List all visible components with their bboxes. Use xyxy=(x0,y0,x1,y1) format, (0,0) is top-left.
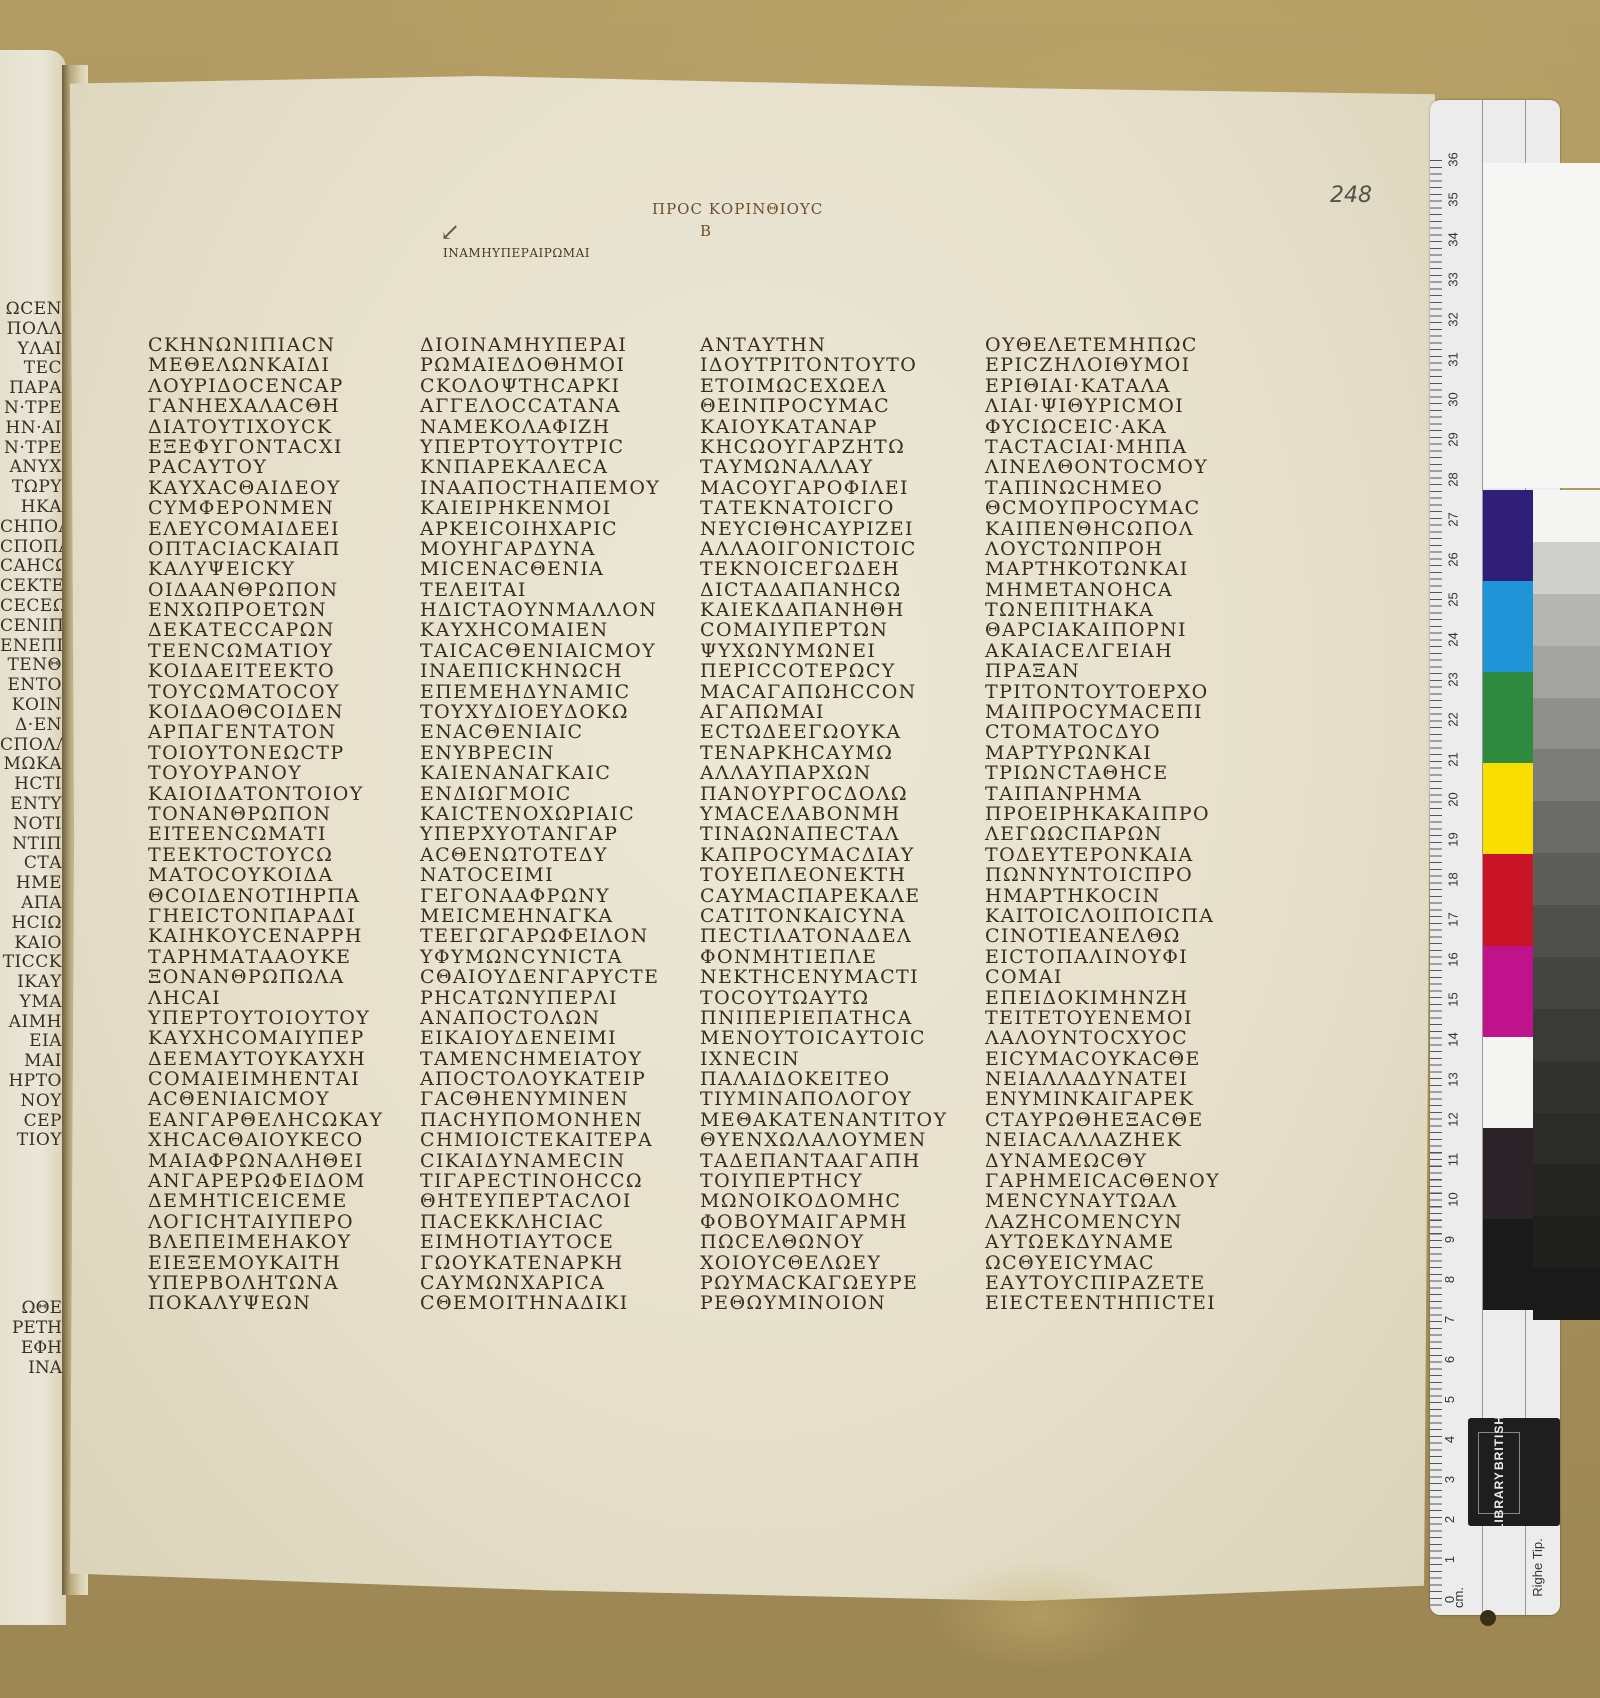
ruler-cm-label: 1 xyxy=(1442,1556,1457,1563)
facing-page-line: ΕΝΤΥ xyxy=(0,795,62,815)
manuscript-line: ΛΟΥΡΙΔΟϹΕΝϹΑΡ xyxy=(148,376,383,396)
facing-page-line: ΚΑΙΟ xyxy=(0,934,62,954)
manuscript-line: ΚΑΠΡΟϹΥΜΑϹΔΙΑΥ xyxy=(700,845,947,865)
facing-page-line: Ν·ΤΡΕ xyxy=(0,399,62,419)
gray-swatch xyxy=(1533,801,1600,853)
manuscript-line: ΜΟΥΗΓΑΡΔΥΝΑ xyxy=(420,539,660,559)
gray-swatch xyxy=(1533,1164,1600,1216)
ruler-cm-label: 35 xyxy=(1446,192,1461,206)
manuscript-line: ΘΥΕΝΧΩΛΑΛΟΥΜΕΝ xyxy=(700,1130,947,1150)
manuscript-line: ΚΑΙΕΚΔΑΠΑΝΗΘΗ xyxy=(700,600,947,620)
manuscript-line: ΔΙΑΤΟΥΤΙΧΟΥϹΚ xyxy=(148,417,383,437)
manuscript-line: ΜΕΝϹΥΝΑΥΤΩΑΛ xyxy=(985,1191,1220,1211)
manuscript-line: ΓΑΡΗΜΕΙϹΑϹΘΕΝΟΥ xyxy=(985,1171,1220,1191)
facing-page-line: ϹΕΝΙΠ xyxy=(0,617,62,637)
ruler-cm-label: 16 xyxy=(1446,952,1461,966)
manuscript-line: ΤΟΥϹΩΜΑΤΟϹΟΥ xyxy=(148,682,383,702)
manuscript-line: ΛΟΥϹΤΩΝΠΡΟΗ xyxy=(985,539,1220,559)
ruler-cm-label: 9 xyxy=(1442,1236,1457,1243)
manuscript-line: ΠΩΝΝΥΝΤΟΙϹΠΡΟ xyxy=(985,865,1220,885)
color-swatch xyxy=(1483,763,1533,854)
manuscript-line: ϹΙΝΟΤΙΕΑΝΕΛΘΩ xyxy=(985,926,1220,946)
facing-page-line: ΗϹΙΩ xyxy=(0,914,62,934)
manuscript-line: ΜΙϹΕΝΑϹΘΕΝΙΑ xyxy=(420,559,660,579)
facing-page-line: ΑΙΜΗ xyxy=(0,1013,62,1033)
manuscript-line: ΥΠΕΡΒΟΛΗΤΩΝΑ xyxy=(148,1273,383,1293)
manuscript-line: ΑΠΟϹΤΟΛΟΥΚΑΤΕΙΡ xyxy=(420,1069,660,1089)
manuscript-line: ΦΟΝΜΗΤΙΕΠΛΕ xyxy=(700,947,947,967)
manuscript-line: ΘΑΡϹΙΑΚΑΙΠΟΡΝΙ xyxy=(985,620,1220,640)
manuscript-line: ϹΘΕΜΟΙΤΗΝΑΔΙΚΙ xyxy=(420,1293,660,1313)
manuscript-line: ΕΝΑϹΘΕΝΙΑΙϹ xyxy=(420,722,660,742)
ruler-cm-label: 6 xyxy=(1442,1356,1457,1363)
ruler-cm-label: 3 xyxy=(1442,1476,1457,1483)
facing-page-line: ΤΙϹϹΚ xyxy=(0,953,62,973)
ruler-cm-label: 18 xyxy=(1446,872,1461,886)
manuscript-line: ΡΕΘΩΥΜΙΝΟΙΟΝ xyxy=(700,1293,947,1313)
manuscript-line: ΤΟΝΑΝΘΡΩΠΟΝ xyxy=(148,804,383,824)
text-column-2: ΔΙΟΙΝΑΜΗΥΠΕΡΑΙΡΩΜΑΙΕΔΟΘΗΜΟΙϹΚΟΛΟΨΤΗϹΑΡΚΙ… xyxy=(420,335,660,1314)
manuscript-line: ΒΛΕΠΕΙΜΕΗΑΚΟΥ xyxy=(148,1232,383,1252)
manuscript-line: ΔΕΚΑΤΕϹϹΑΡΩΝ xyxy=(148,620,383,640)
quire-mark: Β xyxy=(700,222,711,240)
manuscript-line: ΚΑΙϹΤΕΝΟΧΩΡΙΑΙϹ xyxy=(420,804,660,824)
gray-swatch xyxy=(1533,905,1600,957)
facing-page-line: ϹΕϹΕΩ xyxy=(0,597,62,617)
facing-page-line: ΥΛΑΙ xyxy=(0,340,62,360)
facing-page: ΩϹΕΝΠΟΛΛΥΛΑΙΤΕϹΠΑΡΑΝ·ΤΡΕΗΝ·ΑΙΝ·ΤΡΕΑΝΥΧΤΩ… xyxy=(0,50,66,1625)
facing-page-line: ΤΕΝΘ xyxy=(0,656,62,676)
facing-page-line: ΕΝΤΟ xyxy=(0,676,62,696)
manuscript-line: ϹΥΜΦΕΡΟΝΜΕΝ xyxy=(148,498,383,518)
manuscript-line: ΥΠΕΡΤΟΥΤΟΥΤΡΙϹ xyxy=(420,437,660,457)
manuscript-line: ΕΝΔΙΩΓΜΟΙϹ xyxy=(420,784,660,804)
manuscript-line: ΡΩΜΑΙΕΔΟΘΗΜΟΙ xyxy=(420,355,660,375)
manuscript-line: ΙΔΟΥΤΡΙΤΟΝΤΟΥΤΟ xyxy=(700,355,947,375)
facing-page-line: ΩΘΕ xyxy=(0,1298,62,1318)
manuscript-line: ΠΡΟΕΙΡΗΚΑΚΑΙΠΡΟ xyxy=(985,804,1220,824)
manuscript-line: ΤΑΤΕΚΝΑΤΟΙϹΓΟ xyxy=(700,498,947,518)
ruler-cm-label: 4 xyxy=(1442,1436,1457,1443)
grayscale-calibration-strip xyxy=(1533,490,1600,1320)
ruler-cm-label: 36 xyxy=(1446,152,1461,166)
manuscript-line: ϹΟΜΑΙ xyxy=(985,967,1220,987)
manuscript-line: ΠΩϹΕΛΘΩΝΟΥ xyxy=(700,1232,947,1252)
manuscript-line: ΑΡΠΑΓΕΝΤΑΤΟΝ xyxy=(148,722,383,742)
ruler-cm-label: 15 xyxy=(1446,992,1461,1006)
manuscript-line: ΤΡΙΤΟΝΤΟΥΤΟΕΡΧΟ xyxy=(985,682,1220,702)
manuscript-line: ΚΑΙΠΕΝΘΗϹΩΠΟΛ xyxy=(985,519,1220,539)
manuscript-line: ΠΝΙΠΕΡΙΕΠΑΤΗϹΑ xyxy=(700,1008,947,1028)
gray-swatch xyxy=(1533,1009,1600,1061)
facing-page-line: ΠΑΡΑ xyxy=(0,379,62,399)
ruler-cm-label: 34 xyxy=(1446,232,1461,246)
manuscript-line: ΓΑϹΘΗΕΝΥΜΙΝΕΝ xyxy=(420,1089,660,1109)
facing-page-line: ΤΩΡΥ xyxy=(0,478,62,498)
manuscript-line: ΡΩΥΜΑϹΚΑΓΩΕΥΡΕ xyxy=(700,1273,947,1293)
manuscript-line: ΚΑΙΟΥΚΑΤΑΝΑΡ xyxy=(700,417,947,437)
ruler-cm-label: 27 xyxy=(1446,512,1461,526)
manuscript-line: ΝΕΙΑϹΑΛΛΑΖΗΕΚ xyxy=(985,1130,1220,1150)
manuscript-line: ΕΙΤΕΕΝϹΩΜΑΤΙ xyxy=(148,824,383,844)
manuscript-line: ΗΜΑΡΤΗΚΟϹΙΝ xyxy=(985,886,1220,906)
manuscript-line: ΝΑΜΕΚΟΛΑΦΙΖΗ xyxy=(420,417,660,437)
manuscript-line: ΟΥΘΕΛΕΤΕΜΗΠΩϹ xyxy=(985,335,1220,355)
ruler-cm-label: 31 xyxy=(1446,352,1461,366)
ruler-cm-label: 32 xyxy=(1446,312,1461,326)
manuscript-line: ΙΝΑΑΠΟϹΤΗΑΠΕΜΟΥ xyxy=(420,478,660,498)
manuscript-line: ΟΙΔΑΑΝΘΡΩΠΟΝ xyxy=(148,580,383,600)
manuscript-line: ΚΑΥΧΗϹΟΜΑΙΥΠΕΡ xyxy=(148,1028,383,1048)
ruler-cm-label: 7 xyxy=(1442,1316,1457,1323)
facing-page-line: ϹΕΡ xyxy=(0,1112,62,1132)
manuscript-line: ΤΟΔΕΥΤΕΡΟΝΚΑΙΑ xyxy=(985,845,1220,865)
color-swatch xyxy=(1483,946,1533,1037)
manuscript-line: ΗΔΙϹΤΑΟΥΝΜΑΛΛΟΝ xyxy=(420,600,660,620)
facing-page-line: ΠΟΛΛ xyxy=(0,320,62,340)
manuscript-line: ΕϹΤΩΔΕΕΓΩΟΥΚΑ xyxy=(700,722,947,742)
gray-swatch xyxy=(1533,1061,1600,1113)
manuscript-line: ΓΑΝΗΕΧΑΛΑϹΘΗ xyxy=(148,396,383,416)
manuscript-line: ΑϹΘΕΝΙΑΙϹΜΟΥ xyxy=(148,1089,383,1109)
manuscript-line: ΤΡΙΩΝϹΤΑΘΗϹΕ xyxy=(985,763,1220,783)
manuscript-line: ΑΡΚΕΙϹΟΙΗΧΑΡΙϹ xyxy=(420,519,660,539)
manuscript-line: ΕΤΟΙΜΩϹΕΧΩΕΛ xyxy=(700,376,947,396)
ruler-cm-label: 28 xyxy=(1446,472,1461,486)
ruler-cm-label: 26 xyxy=(1446,552,1461,566)
manuscript-line: ΤΑΔΕΠΑΝΤΑΑΓΑΠΗ xyxy=(700,1151,947,1171)
manuscript-line: ΤΕΚΝΟΙϹΕΓΩΔΕΗ xyxy=(700,559,947,579)
manuscript-line: ΤΑΙϹΑϹΘΕΝΙΑΙϹΜΟΥ xyxy=(420,641,660,661)
manuscript-line: ΤΟΥΟΥΡΑΝΟΥ xyxy=(148,763,383,783)
manuscript-line: ΛΙΝΕΛΘΟΝΤΟϹΜΟΥ xyxy=(985,457,1220,477)
manuscript-line: ΤΑΡΗΜΑΤΑΑΟΥΚΕ xyxy=(148,947,383,967)
ruler-cm-label: 10 xyxy=(1446,1192,1461,1206)
manuscript-line: ΩϹΘΥΕΙϹΥΜΑϹ xyxy=(985,1253,1220,1273)
manuscript-line: ϹΚΟΛΟΨΤΗϹΑΡΚΙ xyxy=(420,376,660,396)
manuscript-line: ΠΑΝΟΥΡΓΟϹΔΟΛΩ xyxy=(700,784,947,804)
manuscript-line: ΑΚΑΙΑϹΕΛΓΕΙΑΗ xyxy=(985,641,1220,661)
facing-page-line: ΝΟΥ xyxy=(0,1092,62,1112)
manuscript-line: ΧΗϹΑϹΘΑΙΟΥΚΕϹΟ xyxy=(148,1130,383,1150)
manuscript-line: ΔΙΟΙΝΑΜΗΥΠΕΡΑΙ xyxy=(420,335,660,355)
running-title: ΠΡΟϹ ΚΟΡΙΝΘΙΟΥϹ xyxy=(652,200,823,218)
gray-swatch xyxy=(1533,957,1600,1009)
manuscript-line: ΤΕΕΝϹΩΜΑΤΙΟΥ xyxy=(148,641,383,661)
manuscript-line: ΠΟΚΑΛΥΨΕΩΝ xyxy=(148,1293,383,1313)
color-swatch xyxy=(1483,1037,1533,1128)
facing-page-line: ΜΩΚΑ xyxy=(0,755,62,775)
manuscript-line: ΚΑΙΤΟΙϹΛΟΙΠΟΙϹΠΑ xyxy=(985,906,1220,926)
facing-page-line: ΑΠΑ xyxy=(0,894,62,914)
color-calibration-strip xyxy=(1483,490,1533,1310)
manuscript-line: ΤΩΝΕΠΙΤΗΑΚΑ xyxy=(985,600,1220,620)
facing-page-line: ΗΚΑ xyxy=(0,498,62,518)
manuscript-line: ΑΓΑΠΩΜΑΙ xyxy=(700,702,947,722)
manuscript-line: ΜΑϹΑΓΑΠΩΗϹϹΟΝ xyxy=(700,682,947,702)
manuscript-line: ΚΗϹΩΟΥΓΑΡΖΗΤΩ xyxy=(700,437,947,457)
manuscript-line: ΜΑΡΤΥΡΩΝΚΑΙ xyxy=(985,743,1220,763)
manuscript-line: ΙΧΝΕϹΙΝ xyxy=(700,1049,947,1069)
manuscript-line: ΘϹΟΙΔΕΝΟΤΙΗΡΠΑ xyxy=(148,886,383,906)
ruler-cm-label: 19 xyxy=(1446,832,1461,846)
gray-swatch xyxy=(1533,594,1600,646)
manuscript-line: ΝΕΙΑΛΛΑΔΥΝΑΤΕΙ xyxy=(985,1069,1220,1089)
manuscript-line: ΚΑΛΥΨΕΙϹΚΥ xyxy=(148,559,383,579)
manuscript-line: ΑΓΓΕΛΟϹϹΑΤΑΝΑ xyxy=(420,396,660,416)
manuscript-line: ΤΕΕΓΩΓΑΡΩΦΕΙΛΟΝ xyxy=(420,926,660,946)
manuscript-line: ϹΘΑΙΟΥΔΕΝΓΑΡΥϹΤΕ xyxy=(420,967,660,987)
ruler-cm-label: 22 xyxy=(1446,712,1461,726)
manuscript-line: ΕΙΕϹΤΕΕΝΤΗΠΙϹΤΕΙ xyxy=(985,1293,1220,1313)
manuscript-line: ΚΑΙΟΙΔΑΤΟΝΤΟΙΟΥ xyxy=(148,784,383,804)
facing-page-text-lower: ΩΘΕΡΕΤΗΕΦΗΙΝΑ xyxy=(0,1298,62,1378)
manuscript-line: ΚΟΙΔΑΕΙΤΕΕΚΤΟ xyxy=(148,661,383,681)
ruler-cm-label: 5 xyxy=(1442,1396,1457,1403)
facing-page-line: ΗΝ·ΑΙ xyxy=(0,419,62,439)
facing-page-line: ΕΙΑ xyxy=(0,1032,62,1052)
gray-swatch xyxy=(1533,853,1600,905)
gray-swatch xyxy=(1533,646,1600,698)
text-column-4: ΟΥΘΕΛΕΤΕΜΗΠΩϹΕΡΙϹΖΗΛΟΙΘΥΜΟΙΕΡΙΘΙΑΙ·ΚΑΤΑΛ… xyxy=(985,335,1220,1314)
manuscript-line: ΚΑΙΕΙΡΗΚΕΝΜΟΙ xyxy=(420,498,660,518)
manuscript-line: ϹΤΑΥΡΩΘΗΕΞΑϹΘΕ xyxy=(985,1110,1220,1130)
manuscript-line: ΜΑΤΟϹΟΥΚΟΙΔΑ xyxy=(148,865,383,885)
facing-page-line: ΙΝΑ xyxy=(0,1358,62,1378)
color-swatch xyxy=(1483,854,1533,945)
manuscript-line: ΕΝΧΩΠΡΟΕΤΩΝ xyxy=(148,600,383,620)
manuscript-line: ΜΑΙΑΦΡΩΝΑΛΗΘΕΙ xyxy=(148,1151,383,1171)
manuscript-line: ΤΕΙΤΕΤΟΥΕΝΕΜΟΙ xyxy=(985,1008,1220,1028)
manuscript-line: ΓΩΟΥΚΑΤΕΝΑΡΚΗ xyxy=(420,1253,660,1273)
manuscript-line: ΜΕΝΟΥΤΟΙϹΑΥΤΟΙϹ xyxy=(700,1028,947,1048)
label-line-1: BRITISH xyxy=(1492,1415,1506,1470)
facing-page-line: ΤΕϹ xyxy=(0,359,62,379)
ruler-cm-label: 2 xyxy=(1442,1516,1457,1523)
ruler-cm-label: 33 xyxy=(1446,272,1461,286)
manuscript-line: ΤΑΥΜΩΝΑΛΛΑΥ xyxy=(700,457,947,477)
manuscript-line: ΜΑΡΤΗΚΟΤΩΝΚΑΙ xyxy=(985,559,1220,579)
manuscript-line: ϹΟΜΑΙΕΙΜΗΕΝΤΑΙ xyxy=(148,1069,383,1089)
manuscript-line: ΟΠΤΑϹΙΑϹΚΑΙΑΠ xyxy=(148,539,383,559)
facing-page-line: ΩϹΕΝ xyxy=(0,300,62,320)
manuscript-line: ΕΝΥΜΙΝΚΑΙΓΑΡΕΚ xyxy=(985,1089,1220,1109)
color-swatch xyxy=(1483,1128,1533,1219)
manuscript-line: ΤΑΠΙΝΩϹΗΜΕΟ xyxy=(985,478,1220,498)
manuscript-line: ΚΑΥΧΑϹΘΑΙΔΕΟΥ xyxy=(148,478,383,498)
ruler-cm-label: 8 xyxy=(1442,1276,1457,1283)
manuscript-line: ΜΩΝΟΙΚΟΔΟΜΗϹ xyxy=(700,1191,947,1211)
manuscript-line: ΕΠΕΙΔΟΚΙΜΗΝΖΗ xyxy=(985,988,1220,1008)
manuscript-line: ΛΑΖΗϹΟΜΕΝϹΥΝ xyxy=(985,1212,1220,1232)
manuscript-line: ΕΡΙϹΖΗΛΟΙΘΥΜΟΙ xyxy=(985,355,1220,375)
ruler-cm-label: 17 xyxy=(1446,912,1461,926)
manuscript-line: ΛΑΛΟΥΝΤΟϹΧΥΟϹ xyxy=(985,1028,1220,1048)
manuscript-line: ΘΗΤΕΥΠΕΡΤΑϹΛΟΙ xyxy=(420,1191,660,1211)
manuscript-line: ΕΡΙΘΙΑΙ·ΚΑΤΑΛΑ xyxy=(985,376,1220,396)
manuscript-line: ΠΕΡΙϹϹΟΤΕΡΩϹΥ xyxy=(700,661,947,681)
manuscript-line: ΓΗΕΙϹΤΟΝΠΑΡΑΔΙ xyxy=(148,906,383,926)
manuscript-line: ΚΑΥΧΗϹΟΜΑΙΕΝ xyxy=(420,620,660,640)
parchment-stain xyxy=(930,1560,1150,1670)
ruler-cm-label: 30 xyxy=(1446,392,1461,406)
facing-page-line: ϹΠΟΠΑ xyxy=(0,538,62,558)
ruler-cm-label: 20 xyxy=(1446,792,1461,806)
white-reference-card xyxy=(1483,163,1600,488)
text-column-3: ΑΝΤΑΥΤΗΝΙΔΟΥΤΡΙΤΟΝΤΟΥΤΟΕΤΟΙΜΩϹΕΧΩΕΛΘΕΙΝΠ… xyxy=(700,335,947,1314)
manuscript-line: ΝΕΥϹΙΘΗϹΑΥΡΙΖΕΙ xyxy=(700,519,947,539)
facing-page-line: ΝΤΙΠ xyxy=(0,835,62,855)
gray-swatch xyxy=(1533,490,1600,542)
manuscript-line: ΥΠΕΡΤΟΥΤΟΙΟΥΤΟΥ xyxy=(148,1008,383,1028)
facing-page-line: ΗϹΤΙ xyxy=(0,775,62,795)
manuscript-line: ΑΝΤΑΥΤΗΝ xyxy=(700,335,947,355)
facing-page-line: ΜΑΙ xyxy=(0,1052,62,1072)
manuscript-line: ΤΟΥΧΥΔΙΟΕΥΔΟΚΩ xyxy=(420,702,660,722)
ruler-cm-label: 21 xyxy=(1446,752,1461,766)
manuscript-line: ΕΑΥΤΟΥϹΠΙΡΑΖΕΤΕ xyxy=(985,1273,1220,1293)
manuscript-line: ΥΦΥΜΩΝϹΥΝΙϹΤΑ xyxy=(420,947,660,967)
manuscript-line: ΤΕΝΑΡΚΗϹΑΥΜΩ xyxy=(700,743,947,763)
manuscript-line: ΛΗϹΑΙ xyxy=(148,988,383,1008)
british-library-label: LIBRARY BRITISH xyxy=(1468,1418,1560,1526)
manuscript-line: ΠΑϹΕΚΚΛΗϹΙΑϹ xyxy=(420,1212,660,1232)
manuscript-line: ΝΕΚΤΗϹΕΝΥΜΑϹΤΙ xyxy=(700,967,947,987)
facing-page-line: ΕΦΗ xyxy=(0,1338,62,1358)
manuscript-line: ΥΜΑϹΕΛΑΒΟΝΜΗ xyxy=(700,804,947,824)
manuscript-line: ϹΗΜΙΟΙϹΤΕΚΑΙΤΕΡΑ xyxy=(420,1130,660,1150)
manuscript-line: ΕΙϹΥΜΑϹΟΥΚΑϹΘΕ xyxy=(985,1049,1220,1069)
gray-swatch xyxy=(1533,1216,1600,1268)
manuscript-line: ΓΕΓΟΝΑΑΦΡΩΝΥ xyxy=(420,886,660,906)
color-swatch xyxy=(1483,672,1533,763)
label-line-2: LIBRARY xyxy=(1492,1472,1506,1532)
facing-page-line: ΝΟΤΙ xyxy=(0,815,62,835)
manuscript-line: ΤΙΝΑΩΝΑΠΕϹΤΑΛ xyxy=(700,824,947,844)
manuscript-line: ΕΑΝΓΑΡΘΕΛΗϹΩΚΑΥ xyxy=(148,1110,383,1130)
facing-page-line: ϹΠΟΛΛ xyxy=(0,736,62,756)
color-swatch xyxy=(1483,1219,1533,1310)
manuscript-line: ΜΕΘΑΚΑΤΕΝΑΝΤΙΤΟΥ xyxy=(700,1110,947,1130)
manuscript-line: ΑΝΓΑΡΕΡΩΦΕΙΔΟΜ xyxy=(148,1171,383,1191)
ruler-cm-label: 14 xyxy=(1446,1032,1461,1046)
manuscript-line: ΤΟΥΕΠΛΕΟΝΕΚΤΗ xyxy=(700,865,947,885)
manuscript-line: ΕΙΕΞΕΜΟΥΚΑΙΤΗ xyxy=(148,1253,383,1273)
ruler-cm-label: 29 xyxy=(1446,432,1461,446)
manuscript-line: ΡΑϹΑΥΤΟΥ xyxy=(148,457,383,477)
manuscript-line: ϹΚΗΝΩΝΙΠΙΑϹΝ xyxy=(148,335,383,355)
color-swatch xyxy=(1483,581,1533,672)
arrow-icon: ↙ xyxy=(440,218,460,246)
manuscript-line: ΜΑϹΟΥΓΑΡΟΦΙΛΕΙ xyxy=(700,478,947,498)
manuscript-line: ΤΑΙΠΑΝΡΗΜΑ xyxy=(985,784,1220,804)
facing-page-line: ϹΤΑ xyxy=(0,854,62,874)
facing-page-line: ΕΝΕΠΙ xyxy=(0,637,62,657)
facing-page-text: ΩϹΕΝΠΟΛΛΥΛΑΙΤΕϹΠΑΡΑΝ·ΤΡΕΗΝ·ΑΙΝ·ΤΡΕΑΝΥΧΤΩ… xyxy=(0,300,62,1151)
folio-number: 248 xyxy=(1330,183,1372,208)
ruler-hole xyxy=(1480,1610,1496,1626)
ruler-unit-label: cm. xyxy=(1451,1587,1466,1608)
text-column-1: ϹΚΗΝΩΝΙΠΙΑϹΝΜΕΘΕΛΩΝΚΑΙΔΙΛΟΥΡΙΔΟϹΕΝϹΑΡΓΑΝ… xyxy=(148,335,383,1314)
manuscript-line: ΜΑΙΠΡΟϹΥΜΑϹΕΠΙ xyxy=(985,702,1220,722)
manuscript-line: ΜΕΙϹΜΕΗΝΑΓΚΑ xyxy=(420,906,660,926)
manuscript-line: ΕΙΚΑΙΟΥΔΕΝΕΙΜΙ xyxy=(420,1028,660,1048)
facing-page-line: ϹΑΗϹΩ xyxy=(0,557,62,577)
manuscript-line: ΞΟΝΑΝΘΡΩΠΩΛΑ xyxy=(148,967,383,987)
manuscript-line: ΠΡΑΞΑΝ xyxy=(985,661,1220,681)
facing-page-line: ΗΡΤΟ xyxy=(0,1072,62,1092)
manuscript-line: ΤΕΛΕΙΤΑΙ xyxy=(420,580,660,600)
manuscript-line: ΑΛΛΑΟΙΓΟΝΙϹΤΟΙϹ xyxy=(700,539,947,559)
facing-page-line: ΤΙΟΥ xyxy=(0,1131,62,1151)
manuscript-line: ϹΑΥΜΑϹΠΑΡΕΚΑΛΕ xyxy=(700,886,947,906)
manuscript-line: ΤΙΓΑΡΕϹΤΙΝΟΗϹϹΩ xyxy=(420,1171,660,1191)
marginal-correction: ΙΝΑΜΗΥΠΕΡΑΙΡΩΜΑΙ xyxy=(443,246,590,260)
ruler-cm-label: 25 xyxy=(1446,592,1461,606)
facing-page-line: ΥΜΑ xyxy=(0,993,62,1013)
manuscript-line: ΚΑΙΕΝΑΝΑΓΚΑΙϹ xyxy=(420,763,660,783)
gray-swatch xyxy=(1533,698,1600,750)
manuscript-line: ϹΤΟΜΑΤΟϹΔΥΟ xyxy=(985,722,1220,742)
manuscript-line: ΤΟΙΥΠΕΡΤΗϹΥ xyxy=(700,1171,947,1191)
ruler-cm-label: 11 xyxy=(1445,1153,1460,1167)
manuscript-line: ΤΑϹΤΑϹΙΑΙ·ΜΗΠΑ xyxy=(985,437,1220,457)
facing-page-line: ΑΝΥΧ xyxy=(0,458,62,478)
manuscript-line: ΘϹΜΟΥΠΡΟϹΥΜΑϹ xyxy=(985,498,1220,518)
manuscript-line: ΘΕΙΝΠΡΟϹΥΜΑϹ xyxy=(700,396,947,416)
facing-page-line: ϹΕΚΤΕ xyxy=(0,577,62,597)
ruler-cm-label: 24 xyxy=(1446,632,1461,646)
manuscript-line: ΛΙΑΙ·ΨΙΘΥΡΙϹΜΟΙ xyxy=(985,396,1220,416)
manuscript-line: ΔΥΝΑΜΕΩϹΘΥ xyxy=(985,1151,1220,1171)
ruler-cm-label: 23 xyxy=(1446,672,1461,686)
manuscript-line: ΚΑΙΗΚΟΥϹΕΝΑΡΡΗ xyxy=(148,926,383,946)
facing-page-line: ΡΕΤΗ xyxy=(0,1318,62,1338)
manuscript-line: ΕΙϹΤΟΠΑΛΙΝΟΥΦΙ xyxy=(985,947,1220,967)
manuscript-line: ΙΝΑΕΠΙϹΚΗΝΩϹΗ xyxy=(420,661,660,681)
manuscript-line: ΠΑΛΑΙΔΟΚΕΙΤΕΟ xyxy=(700,1069,947,1089)
manuscript-line: ΕΙΜΗΟΤΙΑΥΤΟϹΕ xyxy=(420,1232,660,1252)
gray-swatch xyxy=(1533,749,1600,801)
manuscript-line: ΧΟΙΟΥϹΘΕΛΩΕΥ xyxy=(700,1253,947,1273)
facing-page-line: ΙΚΑΥ xyxy=(0,973,62,993)
manuscript-line: ΤΙΥΜΙΝΑΠΟΛΟΓΟΥ xyxy=(700,1089,947,1109)
facing-page-line: ϹΗΠΟΛ xyxy=(0,518,62,538)
manuscript-line: ΑΥΤΩΕΚΔΥΝΑΜΕ xyxy=(985,1232,1220,1252)
manuscript-line: ϹΑΤΙΤΟΝΚΑΙϹΥΝΑ xyxy=(700,906,947,926)
manuscript-line: ΠΕϹΤΙΛΑΤΟΝΑΔΕΛ xyxy=(700,926,947,946)
manuscript-line: ΔΕΕΜΑΥΤΟΥΚΑΥΧΗ xyxy=(148,1049,383,1069)
manuscript-line: ΛΕΓΩΩϹΠΑΡΩΝ xyxy=(985,824,1220,844)
manuscript-line: ΛΟΓΙϹΗΤΑΙΥΠΕΡΟ xyxy=(148,1212,383,1232)
color-swatch xyxy=(1483,490,1533,581)
manuscript-line: ΑΛΛΑΥΠΑΡΧΩΝ xyxy=(700,763,947,783)
manuscript-line: ΥΠΕΡΧΥΟΤΑΝΓΑΡ xyxy=(420,824,660,844)
manuscript-line: ΕΛΕΥϹΟΜΑΙΔΕΕΙ xyxy=(148,519,383,539)
facing-page-line: Ν·ΤΡΕ xyxy=(0,439,62,459)
ruler-cm-label: 12 xyxy=(1446,1112,1461,1126)
manuscript-line: ΦΥϹΙΩϹΕΙϹ·ΑΚΑ xyxy=(985,417,1220,437)
ruler-cm-label: 13 xyxy=(1446,1072,1461,1086)
manuscript-line: ΕΝΥΒΡΕϹΙΝ xyxy=(420,743,660,763)
manuscript-line: ΤΕΕΚΤΟϹΤΟΥϹΩ xyxy=(148,845,383,865)
gray-swatch xyxy=(1533,1113,1600,1165)
manuscript-line: ΡΗϹΑΤΩΝΥΠΕΡΛΙ xyxy=(420,988,660,1008)
facing-page-line: ΚΟΙΝ xyxy=(0,696,62,716)
gray-swatch xyxy=(1533,1268,1600,1320)
manuscript-line: ΤΟϹΟΥΤΩΑΥΤΩ xyxy=(700,988,947,1008)
manuscript-line: ΠΑϹΗΥΠΟΜΟΝΗΕΝ xyxy=(420,1110,660,1130)
